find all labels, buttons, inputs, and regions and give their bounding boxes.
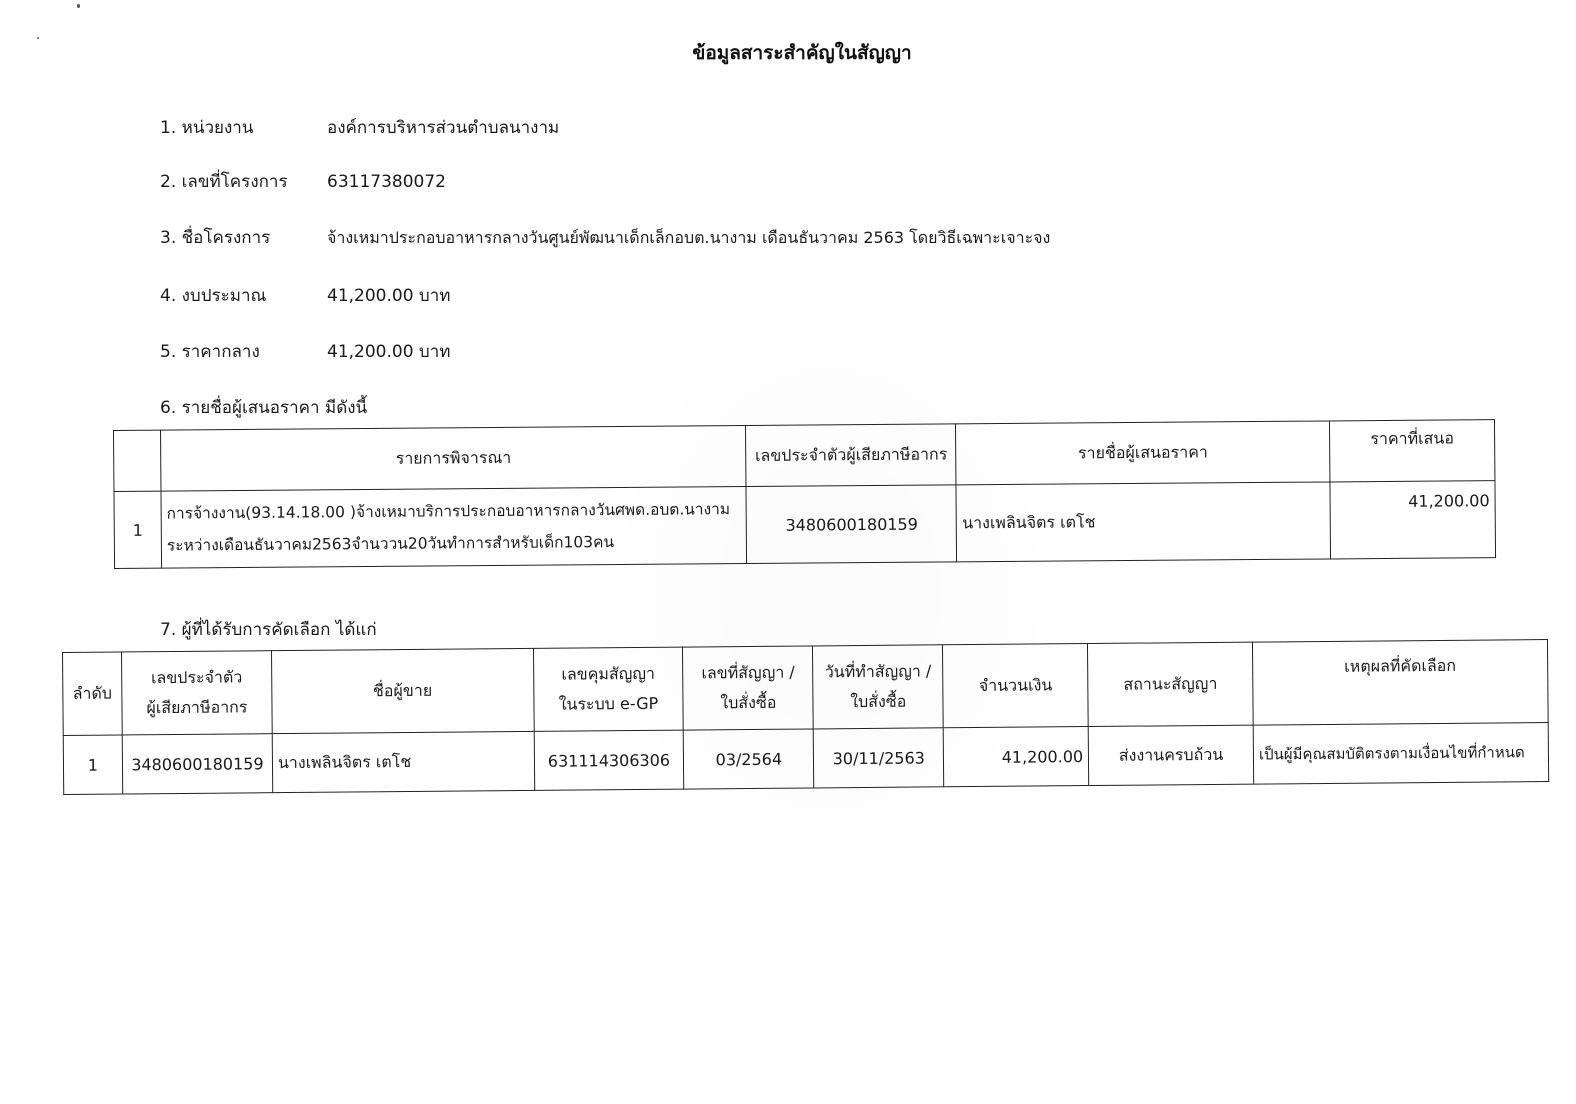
header-order: ลำดับ — [63, 652, 123, 736]
header-price: ราคาที่เสนอ — [1330, 420, 1495, 482]
header-line: ใบสั่งซื้อ — [819, 686, 938, 717]
header-line: จำนวนเงิน — [948, 670, 1082, 701]
header-contract-date: วันที่ทำสัญญา / ใบสั่งซื้อ — [813, 645, 944, 729]
field-label: 4. งบประมาณ — [160, 282, 327, 309]
cell-contract-date: 30/11/2563 — [814, 728, 944, 788]
scan-speck — [77, 4, 80, 8]
field-label: 2. เลขที่โครงการ — [160, 168, 327, 195]
field-label: 3. ชื่อโครงการ — [160, 224, 327, 251]
header-no — [114, 430, 161, 491]
header-line: เลขประจำตัว — [127, 662, 266, 693]
field-value: จ้างเหมาประกอบอาหารกลางวันศูนย์พัฒนาเด็ก… — [327, 226, 1050, 251]
header-tax-id: เลขประจำตัว ผู้เสียภาษีอากร — [121, 651, 272, 735]
header-tax-id: เลขประจำตัวผู้เสียภาษีอากร — [746, 424, 956, 487]
field-label: 1. หน่วยงาน — [160, 114, 327, 141]
header-line: ลำดับ — [68, 679, 116, 709]
header-line: สถานะสัญญา — [1093, 669, 1247, 700]
bidders-table: รายการพิจารณา เลขประจำตัวผู้เสียภาษีอากร… — [113, 419, 1496, 569]
selected-vendor-table: ลำดับ เลขประจำตัว ผู้เสียภาษีอากร ชื่อผู… — [62, 639, 1549, 795]
cell-no: 1 — [114, 491, 162, 568]
cell-reason: เป็นผู้มีคุณสมบัติตรงตามเงื่อนไขที่กำหนด — [1253, 723, 1549, 785]
field-budget: 4. งบประมาณ41,200.00 บาท — [160, 282, 450, 309]
table-row: 1 3480600180159 นางเพลินจิตร เตโช 631114… — [63, 723, 1548, 795]
field-label: 5. ราคากลาง — [160, 338, 327, 365]
header-contract-no: เลขที่สัญญา / ใบสั่งซื้อ — [683, 646, 814, 730]
field-project-name: 3. ชื่อโครงการจ้างเหมาประกอบอาหารกลางวัน… — [160, 224, 1050, 251]
header-item: รายการพิจารณา — [160, 426, 746, 492]
item-line-1: การจ้างงาน(93.14.18.00 )จ้างเหมาบริการปร… — [167, 493, 742, 530]
header-seller: ชื่อผู้ขาย — [271, 648, 533, 733]
cell-status: ส่งงานครบถ้วน — [1088, 725, 1253, 785]
cell-egp-control: 631114306306 — [534, 730, 684, 790]
header-line: ในระบบ e-GP — [539, 689, 678, 720]
cell-amount: 41,200.00 — [943, 727, 1088, 787]
header-reason: เหตุผลที่คัดเลือก — [1252, 640, 1548, 726]
table-row: 1 การจ้างงาน(93.14.18.00 )จ้างเหมาบริการ… — [114, 481, 1496, 569]
field-value: 63117380072 — [327, 172, 446, 192]
section-7-heading: 7. ผู้ที่ได้รับการคัดเลือก ได้แก่ — [160, 616, 377, 643]
header-line: วันที่ทำสัญญา / — [818, 656, 937, 687]
field-agency: 1. หน่วยงานองค์การบริหารส่วนตำบลนางาม — [160, 114, 559, 141]
cell-item: การจ้างงาน(93.14.18.00 )จ้างเหมาบริการปร… — [161, 487, 747, 569]
field-value: 41,200.00 บาท — [327, 282, 450, 309]
cell-bidder: นางเพลินจิตร เตโช — [956, 482, 1330, 562]
cell-contract-no: 03/2564 — [684, 729, 814, 789]
table-header-row: ลำดับ เลขประจำตัว ผู้เสียภาษีอากร ชื่อผู… — [63, 640, 1549, 736]
item-line-2: ระหว่างเดือนธันวาคม2563จำนววน20วันทำการส… — [167, 525, 742, 562]
header-status: สถานะสัญญา — [1088, 642, 1253, 726]
cell-tax-id: 3480600180159 — [746, 485, 957, 564]
cell-seller: นางเพลินจิตร เตโช — [272, 731, 534, 792]
header-bidder: รายชื่อผู้เสนอราคา — [956, 421, 1330, 485]
header-egp-control: เลขคุมสัญญา ในระบบ e-GP — [533, 647, 684, 731]
field-project-number: 2. เลขที่โครงการ63117380072 — [160, 168, 446, 195]
document-title: ข้อมูลสาระสำคัญในสัญญา — [0, 38, 1576, 68]
header-line: เหตุผลที่คัดเลือก — [1258, 650, 1542, 682]
field-median-price: 5. ราคากลาง41,200.00 บาท — [160, 338, 450, 365]
header-line: ผู้เสียภาษีอากร — [127, 692, 266, 723]
cell-tax-id: 3480600180159 — [122, 734, 272, 794]
section-6-heading: 6. รายชื่อผู้เสนอราคา มีดังนี้ — [160, 394, 367, 421]
header-line: ชื่อผู้ขาย — [277, 675, 528, 707]
table-header-row: รายการพิจารณา เลขประจำตัวผู้เสียภาษีอากร… — [114, 420, 1495, 492]
field-value: 41,200.00 บาท — [327, 338, 450, 365]
field-value: องค์การบริหารส่วนตำบลนางาม — [327, 114, 559, 141]
cell-price: 41,200.00 — [1330, 481, 1496, 559]
header-line: ใบสั่งซื้อ — [689, 687, 808, 718]
cell-order: 1 — [63, 735, 122, 795]
header-line: เลขคุมสัญญา — [539, 659, 678, 690]
header-amount: จำนวนเงิน — [943, 644, 1089, 728]
header-line: เลขที่สัญญา / — [689, 657, 808, 688]
